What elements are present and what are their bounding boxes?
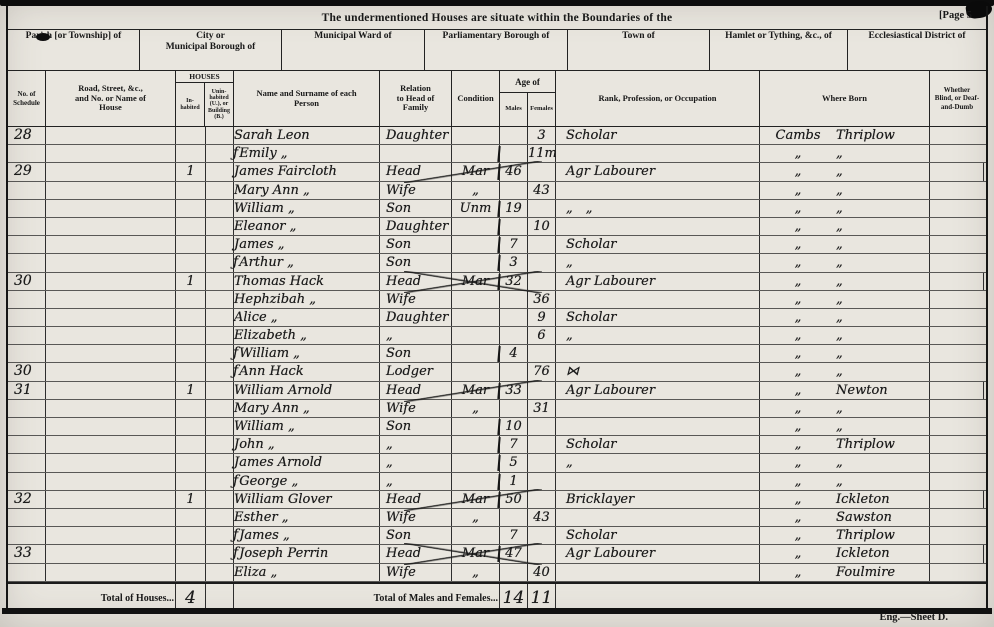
- age-female-cell: 9: [528, 309, 556, 326]
- where-born-cell: „„: [760, 218, 930, 235]
- age-male-cell: 1: [500, 473, 528, 490]
- person-name-cell: Eleanor „: [234, 218, 380, 235]
- age-female-cell: [528, 418, 556, 435]
- born-place: Newton: [836, 382, 929, 399]
- born-county: „: [760, 418, 836, 435]
- relation-cell: Son: [380, 254, 452, 271]
- born-place: „: [836, 400, 929, 417]
- age-male-cell: 7: [500, 236, 528, 253]
- disability-cell: [930, 363, 984, 380]
- condition-cell: [452, 254, 500, 271]
- uninhabited-cell: [206, 363, 234, 380]
- condition-cell: [452, 127, 500, 144]
- age-male-cell: 33: [500, 382, 528, 399]
- where-born-cell: „„: [760, 291, 930, 308]
- relation-cell: Daughter: [380, 309, 452, 326]
- born-place: „: [836, 182, 929, 199]
- person-name-cell: Mary Ann „: [234, 182, 380, 199]
- person-name: George „: [239, 474, 298, 489]
- uninhabited-cell: [206, 473, 234, 490]
- born-county: „: [760, 182, 836, 199]
- column-header-uninhabited: Unin- habited (U.), or Building (B.): [205, 83, 233, 126]
- schedule-number-cell: [8, 418, 46, 435]
- uninhabited-cell: [206, 236, 234, 253]
- person-name: James „: [239, 528, 290, 543]
- occupation-cell: „: [556, 454, 760, 471]
- where-born-cell: „Thriplow: [760, 436, 930, 453]
- person-name-cell: James Faircloth: [234, 163, 380, 180]
- born-county: „: [760, 473, 836, 490]
- table-body: 28 Sarah Leon Daughter 3 Scholar CambsTh…: [8, 127, 986, 582]
- relation-cell: Head: [380, 545, 452, 562]
- age-female-cell: [528, 436, 556, 453]
- person-name: James Faircloth: [234, 164, 337, 179]
- disability-cell: [930, 400, 984, 417]
- schedule-number-cell: [8, 345, 46, 362]
- born-county: „: [760, 436, 836, 453]
- where-born-cell: „„: [760, 145, 930, 162]
- table-row: 32 1 William Glover Head Mar 50 Bricklay…: [8, 491, 986, 509]
- disability-cell: [930, 473, 984, 490]
- where-born-cell: „„: [760, 363, 930, 380]
- person-name-cell: Elizabeth „: [234, 327, 380, 344]
- person-name-cell: ƒGeorge „: [234, 473, 380, 490]
- born-county: „: [760, 382, 836, 399]
- table-row: 30 1 Thomas Hack Head Mar 32 Agr Laboure…: [8, 273, 986, 291]
- born-county: „: [760, 509, 836, 526]
- person-name-cell: Eliza „: [234, 564, 380, 581]
- table-row: Elizabeth „ „ 6 „ „„: [8, 327, 986, 345]
- person-name-cell: Hephzibah „: [234, 291, 380, 308]
- person-name: John „: [234, 437, 275, 452]
- relation-cell: Wife: [380, 291, 452, 308]
- age-female-cell: 43: [528, 509, 556, 526]
- table-row: Mary Ann „ Wife „ 31 „„: [8, 400, 986, 418]
- age-group-label: Age of: [500, 71, 555, 93]
- where-born-cell: „„: [760, 236, 930, 253]
- road-street-cell: [46, 545, 176, 562]
- age-male-cell: [500, 363, 528, 380]
- schedule-number-cell: [8, 564, 46, 581]
- condition-cell: [452, 236, 500, 253]
- occupation-cell: Agr Labourer: [556, 163, 760, 180]
- inhabited-cell: [176, 182, 206, 199]
- born-place: „: [836, 418, 929, 435]
- boundary-title-bar: The undermentioned Houses are situate wi…: [8, 6, 986, 30]
- person-name: William „: [239, 346, 300, 361]
- where-born-cell: „Ickleton: [760, 545, 930, 562]
- relation-cell: Son: [380, 527, 452, 544]
- relation-cell: Head: [380, 382, 452, 399]
- occupation-cell: Agr Labourer: [556, 545, 760, 562]
- born-place: „: [836, 236, 929, 253]
- column-header-condition: Condition: [452, 71, 500, 126]
- age-female-cell: 3: [528, 127, 556, 144]
- uninhabited-cell: [206, 564, 234, 581]
- schedule-number-cell: [8, 182, 46, 199]
- age-female-cell: 76: [528, 363, 556, 380]
- relation-cell: „: [380, 327, 452, 344]
- person-name: Arthur „: [239, 255, 294, 270]
- age-female-cell: 11m: [528, 145, 556, 162]
- person-name-cell: James „: [234, 236, 380, 253]
- road-street-cell: [46, 363, 176, 380]
- uninhabited-cell: [206, 509, 234, 526]
- inhabited-cell: [176, 145, 206, 162]
- road-street-cell: [46, 345, 176, 362]
- disability-cell: [930, 254, 984, 271]
- born-county: „: [760, 218, 836, 235]
- where-born-cell: „„: [760, 400, 930, 417]
- disability-cell: [930, 273, 984, 290]
- person-name: William „: [234, 201, 295, 216]
- age-female-cell: 6: [528, 327, 556, 344]
- person-name-cell: William Arnold: [234, 382, 380, 399]
- relation-cell: Daughter: [380, 218, 452, 235]
- age-male-cell: [500, 182, 528, 199]
- table-row: Hephzibah „ Wife 36 „„: [8, 291, 986, 309]
- relation-cell: Wife: [380, 182, 452, 199]
- occupation-cell: [556, 509, 760, 526]
- occupation-cell: [556, 218, 760, 235]
- road-street-cell: [46, 473, 176, 490]
- occupation-cell: Scholar: [556, 527, 760, 544]
- column-header-row: No. of Schedule Road, Street, &c., and N…: [8, 70, 986, 127]
- road-street-cell: [46, 564, 176, 581]
- uninhabited-cell: [206, 418, 234, 435]
- schedule-number-cell: [8, 509, 46, 526]
- occupation-cell: „: [556, 254, 760, 271]
- schedule-number-cell: 32: [8, 491, 46, 508]
- person-name: Elizabeth „: [234, 328, 307, 343]
- born-place: „: [836, 163, 929, 180]
- road-street-cell: [46, 236, 176, 253]
- enumerator-mark: ƒ: [233, 545, 238, 561]
- table-row: Eliza „ Wife „ 40 „Foulmire: [8, 564, 986, 582]
- district-box-parliamentary: Parliamentary Borough of: [425, 30, 568, 70]
- uninhabited-cell: [206, 436, 234, 453]
- born-county: „: [760, 545, 836, 562]
- disability-cell: [930, 436, 984, 453]
- column-header-females: Females: [528, 93, 555, 126]
- uninhabited-cell: [206, 400, 234, 417]
- condition-cell: Mar: [452, 491, 500, 508]
- age-female-cell: 31: [528, 400, 556, 417]
- age-female-cell: [528, 163, 556, 180]
- disability-cell: [930, 327, 984, 344]
- age-male-cell: [500, 309, 528, 326]
- condition-cell: „: [452, 400, 500, 417]
- disability-cell: [930, 145, 984, 162]
- age-male-cell: 7: [500, 436, 528, 453]
- person-name: Eliza „: [234, 565, 277, 580]
- inhabited-cell: [176, 291, 206, 308]
- schedule-number-cell: [8, 473, 46, 490]
- inhabited-cell: [176, 363, 206, 380]
- born-place: „: [836, 309, 929, 326]
- where-born-cell: „Newton: [760, 382, 930, 399]
- disability-cell: [930, 382, 984, 399]
- age-female-cell: [528, 382, 556, 399]
- schedule-number-cell: [8, 309, 46, 326]
- person-name: James Arnold: [234, 455, 322, 470]
- uninhabited-cell: [206, 254, 234, 271]
- age-male-cell: 32: [500, 273, 528, 290]
- person-name-cell: William „: [234, 418, 380, 435]
- disability-cell: [930, 127, 984, 144]
- born-county: „: [760, 163, 836, 180]
- born-place: Ickleton: [836, 491, 929, 508]
- schedule-number-cell: 28: [8, 127, 46, 144]
- table-row: James „ Son 7 Scholar „„: [8, 236, 986, 254]
- disability-cell: [930, 418, 984, 435]
- born-county: „: [760, 363, 836, 380]
- schedule-number-cell: [8, 145, 46, 162]
- schedule-number-cell: 29: [8, 163, 46, 180]
- uninhabited-cell: [206, 309, 234, 326]
- person-name: Thomas Hack: [234, 274, 324, 289]
- houses-group-label: HOUSES: [176, 71, 233, 83]
- born-county: „: [760, 273, 836, 290]
- age-male-cell: 46: [500, 163, 528, 180]
- relation-cell: Son: [380, 345, 452, 362]
- relation-cell: Wife: [380, 400, 452, 417]
- born-place: „: [836, 145, 929, 162]
- person-name-cell: Esther „: [234, 509, 380, 526]
- road-street-cell: [46, 527, 176, 544]
- inhabited-cell: [176, 454, 206, 471]
- born-county: „: [760, 345, 836, 362]
- district-box-ecclesiastical: Ecclesiastical District of: [848, 30, 986, 70]
- census-document-page: The undermentioned Houses are situate wi…: [0, 0, 994, 627]
- road-street-cell: [46, 291, 176, 308]
- schedule-number-cell: [8, 218, 46, 235]
- condition-cell: [452, 345, 500, 362]
- person-name-cell: John „: [234, 436, 380, 453]
- age-male-cell: [500, 291, 528, 308]
- relation-cell: [380, 145, 452, 162]
- born-county: „: [760, 454, 836, 471]
- district-box-town: Town of: [568, 30, 710, 70]
- table-row: Eleanor „ Daughter 10 „„: [8, 218, 986, 236]
- road-street-cell: [46, 182, 176, 199]
- disability-cell: [930, 345, 984, 362]
- disability-cell: [930, 527, 984, 544]
- person-name: Alice „: [234, 310, 278, 325]
- person-name: Joseph Perrin: [239, 546, 328, 561]
- age-female-cell: [528, 273, 556, 290]
- person-name: William Arnold: [234, 383, 332, 398]
- schedule-number-cell: [8, 327, 46, 344]
- relation-cell: „: [380, 473, 452, 490]
- person-name: James „: [234, 237, 285, 252]
- inhabited-cell: [176, 400, 206, 417]
- enumerator-mark: ƒ: [233, 363, 238, 379]
- column-header-where-born: Where Born: [760, 71, 930, 126]
- relation-cell: „: [380, 454, 452, 471]
- age-female-cell: [528, 454, 556, 471]
- enumerator-mark: ƒ: [233, 527, 238, 543]
- born-place: „: [836, 345, 929, 362]
- born-place: Thriplow: [836, 127, 929, 144]
- person-name: Mary Ann „: [234, 401, 310, 416]
- age-male-cell: [500, 218, 528, 235]
- condition-cell: [452, 145, 500, 162]
- inhabited-cell: [176, 473, 206, 490]
- condition-cell: Unm: [452, 200, 500, 217]
- age-female-cell: [528, 200, 556, 217]
- condition-cell: [452, 436, 500, 453]
- occupation-cell: [556, 291, 760, 308]
- born-county: „: [760, 254, 836, 271]
- where-born-cell: „Sawston: [760, 509, 930, 526]
- uninhabited-cell: [206, 273, 234, 290]
- schedule-number-cell: [8, 400, 46, 417]
- born-place: „: [836, 363, 929, 380]
- born-county: „: [760, 145, 836, 162]
- person-name: Mary Ann „: [234, 183, 310, 198]
- inhabited-cell: [176, 309, 206, 326]
- born-county: „: [760, 291, 836, 308]
- uninhabited-cell: [206, 291, 234, 308]
- born-county: „: [760, 327, 836, 344]
- age-female-cell: [528, 491, 556, 508]
- district-box-city: City or Municipal Borough of: [140, 30, 282, 70]
- born-place: Thriplow: [836, 436, 929, 453]
- district-box-ward: Municipal Ward of: [282, 30, 425, 70]
- column-header-houses-group: HOUSES In- habited Unin- habited (U.), o…: [176, 71, 234, 126]
- occupation-cell: [556, 345, 760, 362]
- schedule-number-cell: [8, 200, 46, 217]
- table-row: ƒGeorge „ „ 1 „„: [8, 473, 986, 491]
- road-street-cell: [46, 254, 176, 271]
- condition-cell: „: [452, 564, 500, 581]
- road-street-cell: [46, 454, 176, 471]
- age-male-cell: 50: [500, 491, 528, 508]
- road-street-cell: [46, 491, 176, 508]
- table-row: William „ Son Unm 19 „ „ „„: [8, 200, 986, 218]
- road-street-cell: [46, 145, 176, 162]
- table-row: ƒJames „ Son 7 Scholar „Thriplow: [8, 527, 986, 545]
- table-row: ƒArthur „ Son 3 „ „„: [8, 254, 986, 272]
- road-street-cell: [46, 309, 176, 326]
- born-place: „: [836, 454, 929, 471]
- person-name: Emily „: [239, 146, 287, 161]
- schedule-number-cell: [8, 236, 46, 253]
- enumerator-mark: ƒ: [233, 145, 238, 161]
- uninhabited-cell: [206, 200, 234, 217]
- condition-cell: [452, 527, 500, 544]
- condition-cell: [452, 291, 500, 308]
- relation-cell: Lodger: [380, 363, 452, 380]
- road-street-cell: [46, 509, 176, 526]
- age-male-cell: 47: [500, 545, 528, 562]
- inhabited-cell: [176, 345, 206, 362]
- born-place: Ickleton: [836, 545, 929, 562]
- disability-cell: [930, 291, 984, 308]
- inhabited-cell: [176, 436, 206, 453]
- inhabited-cell: [176, 564, 206, 581]
- age-female-cell: 40: [528, 564, 556, 581]
- born-place: Foulmire: [836, 564, 929, 581]
- column-header-schedule: No. of Schedule: [8, 71, 46, 126]
- where-born-cell: „Thriplow: [760, 527, 930, 544]
- born-county: „: [760, 400, 836, 417]
- born-place: „: [836, 218, 929, 235]
- born-county: „: [760, 491, 836, 508]
- uninhabited-cell: [206, 545, 234, 562]
- age-female-cell: [528, 345, 556, 362]
- person-name-cell: Mary Ann „: [234, 400, 380, 417]
- person-name-cell: ƒJoseph Perrin: [234, 545, 380, 562]
- district-box-parish: Parish [or Township] of: [8, 30, 140, 70]
- occupation-cell: Agr Labourer: [556, 382, 760, 399]
- schedule-number-cell: 30: [8, 363, 46, 380]
- relation-cell: Son: [380, 418, 452, 435]
- inhabited-cell: [176, 527, 206, 544]
- person-name: Eleanor „: [234, 219, 296, 234]
- born-place: Thriplow: [836, 527, 929, 544]
- uninhabited-cell: [206, 127, 234, 144]
- inhabited-cell: [176, 218, 206, 235]
- age-male-cell: 5: [500, 454, 528, 471]
- person-name: Hephzibah „: [234, 292, 316, 307]
- where-born-cell: „„: [760, 454, 930, 471]
- district-header-row: Parish [or Township] of City or Municipa…: [8, 30, 986, 70]
- relation-cell: Son: [380, 236, 452, 253]
- schedule-number-cell: 30: [8, 273, 46, 290]
- age-male-cell: 7: [500, 527, 528, 544]
- road-street-cell: [46, 273, 176, 290]
- age-male-cell: [500, 509, 528, 526]
- age-female-cell: [528, 236, 556, 253]
- age-female-cell: [528, 473, 556, 490]
- relation-cell: Head: [380, 491, 452, 508]
- person-name: William Glover: [234, 492, 332, 507]
- person-name-cell: ƒEmily „: [234, 145, 380, 162]
- where-born-cell: „„: [760, 309, 930, 326]
- road-street-cell: [46, 127, 176, 144]
- enumerator-mark: ƒ: [233, 345, 238, 361]
- occupation-cell: Bricklayer: [556, 491, 760, 508]
- column-header-inhabited: In- habited: [176, 83, 205, 126]
- condition-cell: Mar: [452, 545, 500, 562]
- uninhabited-cell: [206, 182, 234, 199]
- table-row: William „ Son 10 „„: [8, 418, 986, 436]
- age-male-cell: [500, 127, 528, 144]
- relation-cell: Daughter: [380, 127, 452, 144]
- age-female-cell: [528, 527, 556, 544]
- person-name-cell: James Arnold: [234, 454, 380, 471]
- table-row: 33 ƒJoseph Perrin Head Mar 47 Agr Labour…: [8, 545, 986, 563]
- occupation-cell: Scholar: [556, 436, 760, 453]
- table-row: ƒWilliam „ Son 4 „„: [8, 345, 986, 363]
- enumerator-mark: ƒ: [233, 473, 238, 489]
- occupation-cell: Scholar: [556, 236, 760, 253]
- district-box-hamlet: Hamlet or Tything, &c., of: [710, 30, 848, 70]
- occupation-cell: [556, 182, 760, 199]
- person-name-cell: Thomas Hack: [234, 273, 380, 290]
- column-header-relation: Relation to Head of Family: [380, 71, 452, 126]
- age-male-cell: 10: [500, 418, 528, 435]
- where-born-cell: „Ickleton: [760, 491, 930, 508]
- disability-cell: [930, 509, 984, 526]
- occupation-cell: Scholar: [556, 309, 760, 326]
- road-street-cell: [46, 163, 176, 180]
- born-place: Sawston: [836, 509, 929, 526]
- born-place: „: [836, 200, 929, 217]
- enumerator-mark: ƒ: [233, 254, 238, 270]
